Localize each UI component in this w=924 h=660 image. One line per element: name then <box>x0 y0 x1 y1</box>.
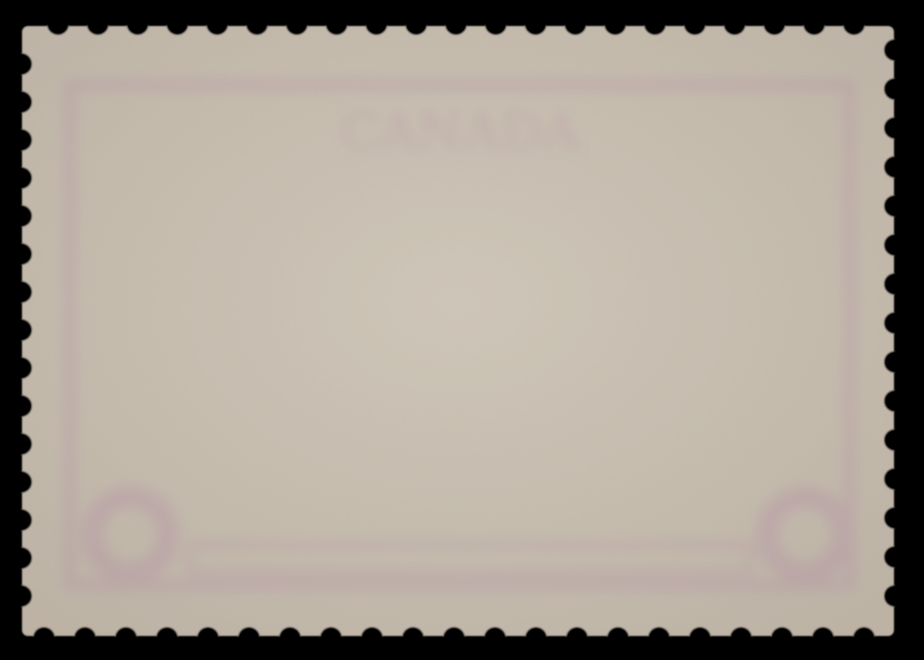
perforation-hole <box>853 627 875 649</box>
perforation-hole <box>843 13 865 35</box>
perforation-hole <box>10 585 32 607</box>
perforation-hole <box>365 13 387 35</box>
perforation-hole <box>246 13 268 35</box>
perforation-hole <box>648 627 670 649</box>
perforation-hole <box>10 91 32 113</box>
perforation-hole <box>10 319 32 341</box>
perforation-hole <box>884 273 906 295</box>
perforation-hole <box>763 13 785 35</box>
perforation-hole <box>33 627 55 649</box>
perforation-hole <box>326 13 348 35</box>
perforation-hole <box>10 471 32 493</box>
perforation-hole <box>884 195 906 217</box>
perforation-hole <box>884 78 906 100</box>
perforation-hole <box>884 351 906 373</box>
perforation-hole <box>405 13 427 35</box>
perforation-hole <box>402 627 424 649</box>
perforation-hole <box>485 13 507 35</box>
perforation-hole <box>197 627 219 649</box>
perforation-hole <box>684 13 706 35</box>
perforation-hole <box>286 13 308 35</box>
perforation-hole <box>10 281 32 303</box>
perforation-hole <box>10 53 32 75</box>
perforation-hole <box>884 390 906 412</box>
perforation-hole <box>884 312 906 334</box>
perforation-hole <box>166 13 188 35</box>
perforation-hole <box>361 627 383 649</box>
perforation-hole <box>803 13 825 35</box>
perforation-hole <box>10 433 32 455</box>
perforation-hole <box>884 156 906 178</box>
perforation-hole <box>279 627 301 649</box>
perforation-hole <box>724 13 746 35</box>
perforation-hole <box>10 243 32 265</box>
perforation-hole <box>525 13 547 35</box>
perforation-hole <box>884 546 906 568</box>
perforation-hole <box>730 627 752 649</box>
perforation-hole <box>10 509 32 531</box>
perforation-hole <box>884 429 906 451</box>
perforation-hole <box>115 627 137 649</box>
svg-text:CANADA: CANADA <box>340 103 581 163</box>
perforation-hole <box>156 627 178 649</box>
perforation-hole <box>644 13 666 35</box>
perforation-hole <box>607 627 629 649</box>
perforation-hole <box>443 627 465 649</box>
perforation-hole <box>10 167 32 189</box>
perforation-hole <box>445 13 467 35</box>
perforation-hole <box>10 205 32 227</box>
perforation-hole <box>87 13 109 35</box>
perforation-hole <box>484 627 506 649</box>
perforation-hole <box>884 468 906 490</box>
stamp-photo: CANADA 357/61 b4p <box>0 0 924 660</box>
perforation-hole <box>884 585 906 607</box>
perforation-hole <box>47 13 69 35</box>
perforation-hole <box>320 627 342 649</box>
perforation-hole <box>10 547 32 569</box>
perforation-hole <box>884 117 906 139</box>
perforation-hole <box>10 395 32 417</box>
perforation-hole <box>10 357 32 379</box>
perforation-hole <box>127 13 149 35</box>
perforation-hole <box>884 39 906 61</box>
perforation-hole <box>771 627 793 649</box>
perforation-hole <box>564 13 586 35</box>
perforation-hole <box>812 627 834 649</box>
perforation-hole <box>689 627 711 649</box>
perforation-hole <box>525 627 547 649</box>
perforation-hole <box>884 507 906 529</box>
perforation-hole <box>10 129 32 151</box>
perforation-hole <box>884 234 906 256</box>
perforation-hole <box>206 13 228 35</box>
perforation-hole <box>74 627 96 649</box>
perforation-hole <box>238 627 260 649</box>
perforation-hole <box>566 627 588 649</box>
perforation-hole <box>604 13 626 35</box>
